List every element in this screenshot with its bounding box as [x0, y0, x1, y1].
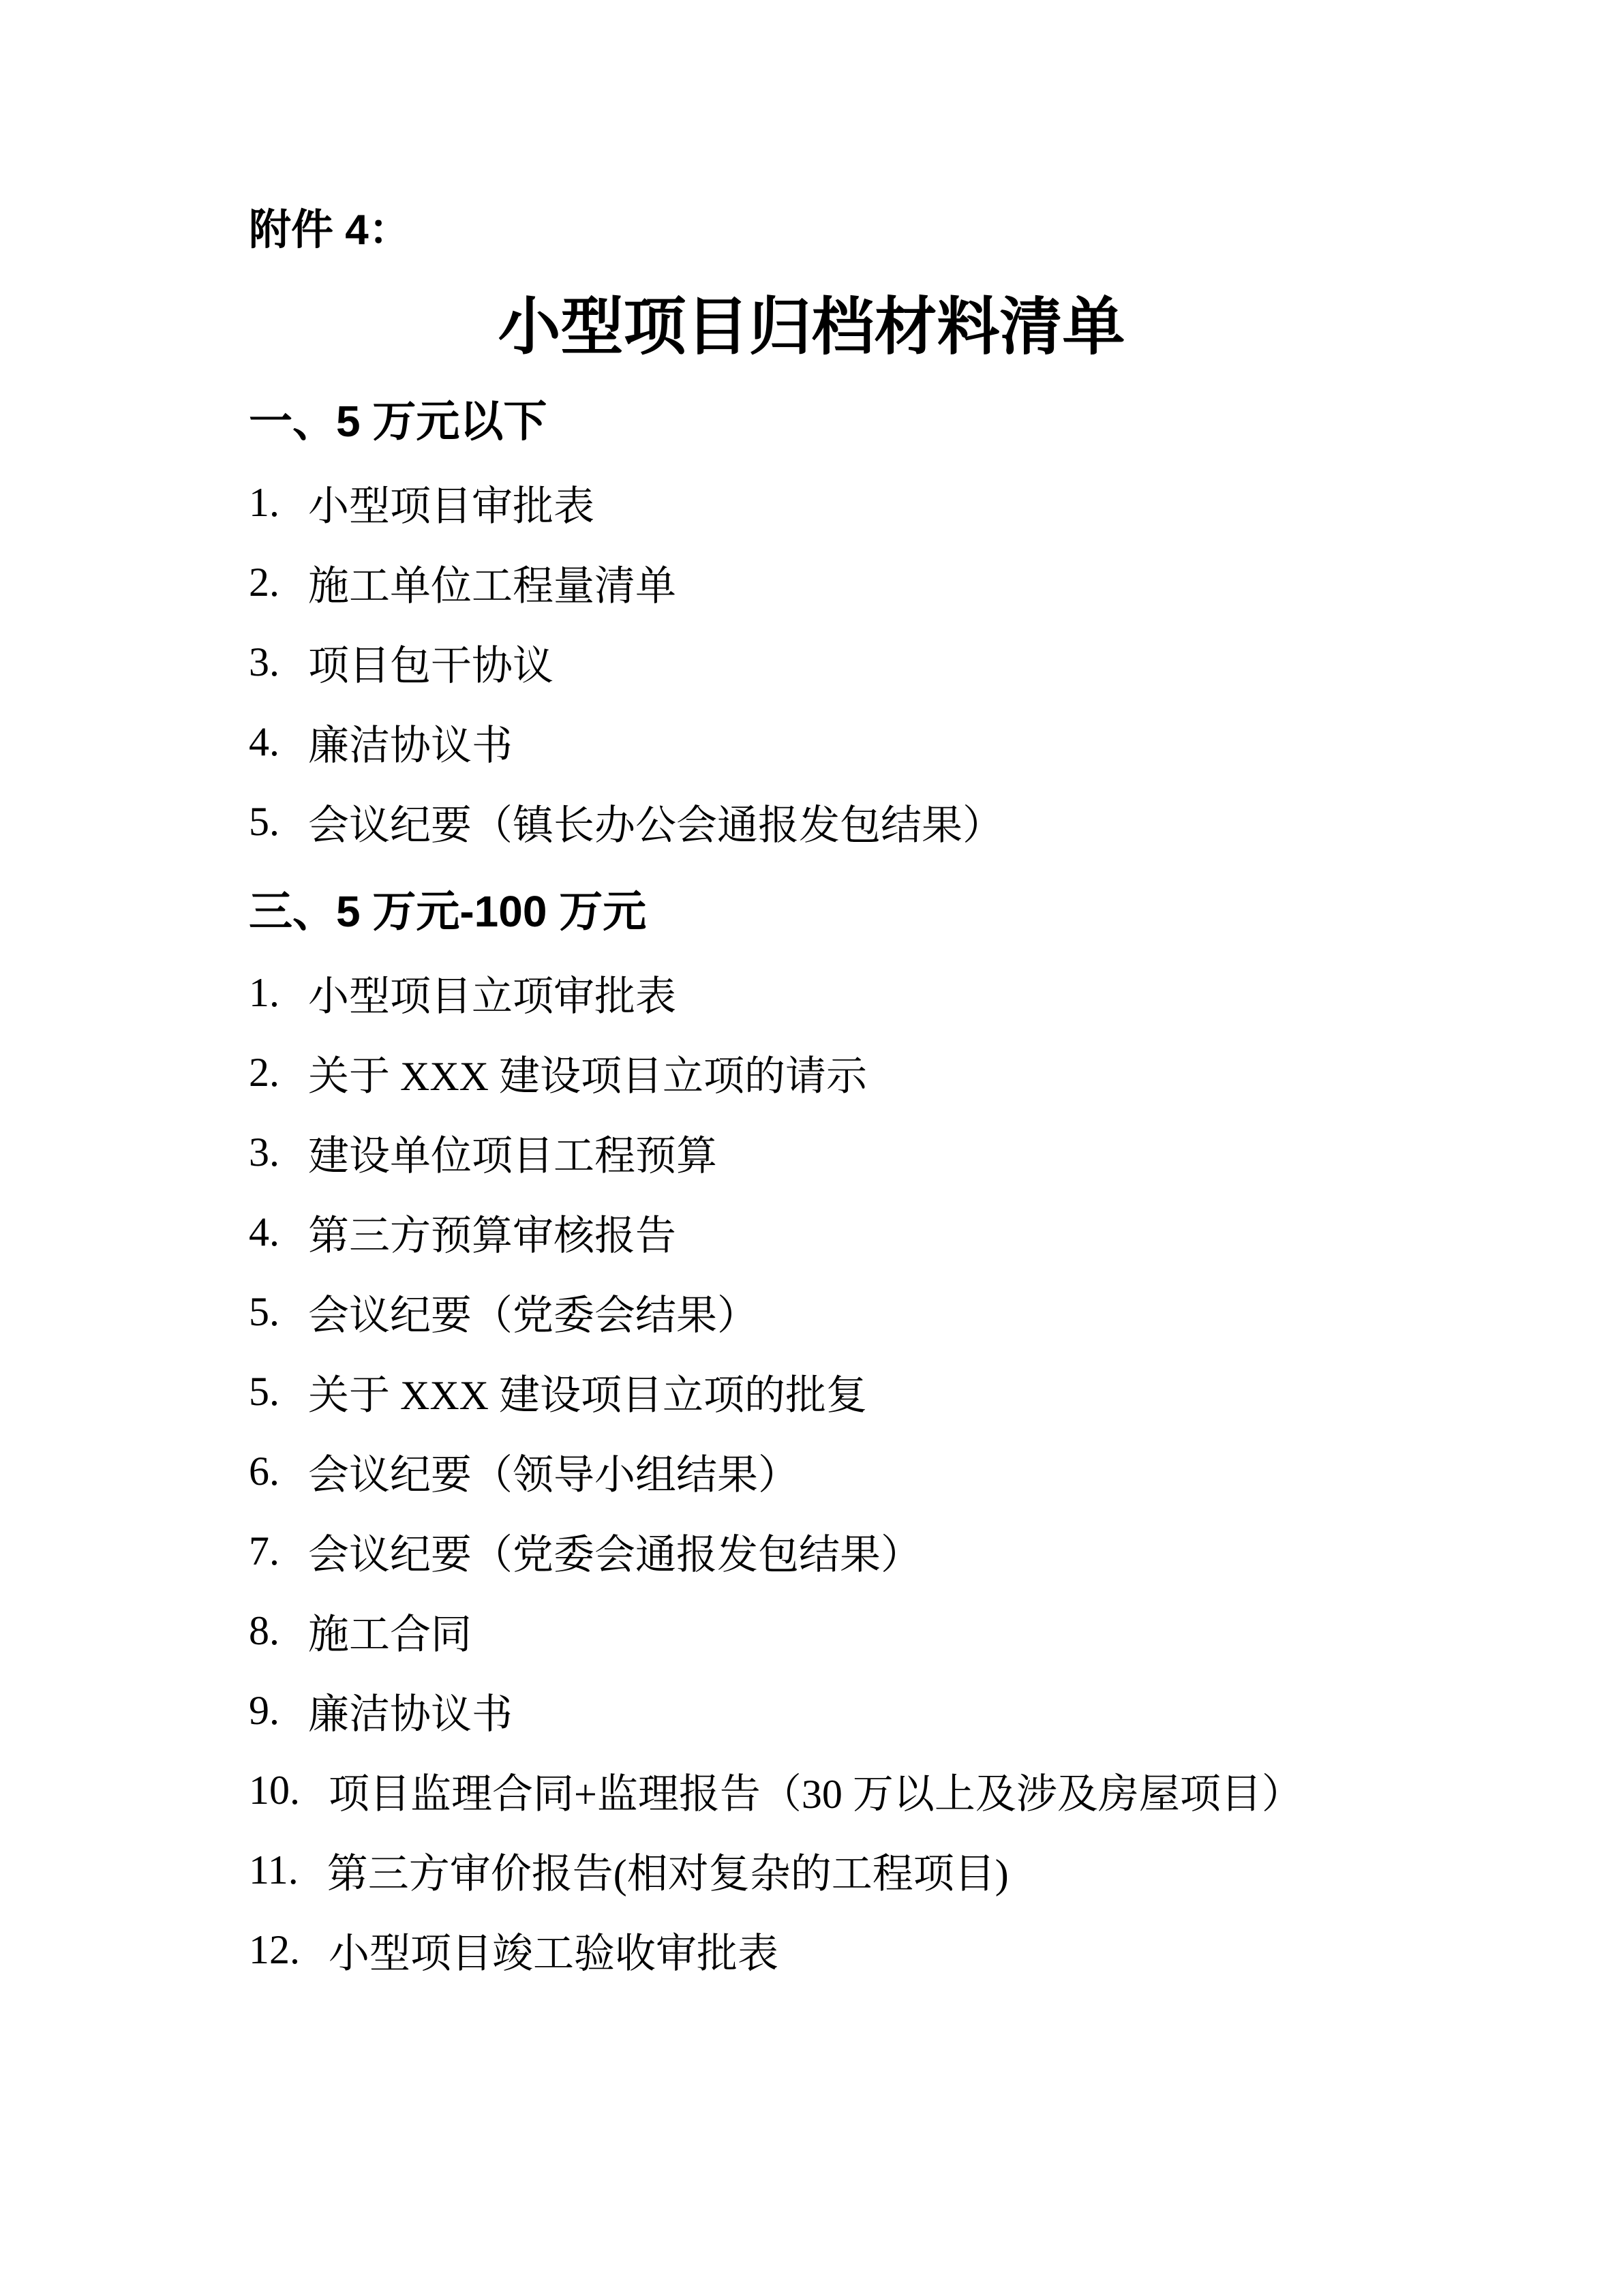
item-text: 项目监理合同+监理报告（30 万以上及涉及房屋项目） [329, 1762, 1303, 1820]
page-title: 小型项目归档材料清单 [249, 283, 1374, 372]
item-number: 4. [249, 1209, 279, 1256]
item-number: 10. [249, 1767, 300, 1814]
item-text: 施工合同 [308, 1602, 472, 1661]
list-item: 3.建设单位项目工程预算 [249, 1113, 1374, 1192]
item-number: 12. [249, 1927, 300, 1974]
item-number: 5. [249, 1368, 279, 1415]
item-text: 小型项目立项审批表 [308, 964, 676, 1023]
item-number: 4. [249, 719, 279, 766]
item-number: 6. [249, 1448, 279, 1495]
list-item: 2.关于 XXX 建设项目立项的请示 [249, 1033, 1374, 1113]
item-text: 第三方预算审核报告 [308, 1203, 676, 1262]
item-number: 9. [249, 1687, 279, 1734]
item-number: 11. [249, 1847, 299, 1894]
item-text: 项目包干协议 [308, 633, 553, 692]
list-item: 4.第三方预算审核报告 [249, 1192, 1374, 1272]
list-item: 9.廉洁协议书 [249, 1671, 1374, 1751]
list-item: 3.项目包干协议 [249, 622, 1374, 702]
list-item: 5.会议纪要（党委会结果） [249, 1272, 1374, 1352]
list-item: 1.小型项目审批表 [249, 463, 1374, 543]
list-item: 7.会议纪要（党委会通报发包结果） [249, 1511, 1374, 1591]
item-number: 7. [249, 1528, 279, 1575]
item-text: 建设单位项目工程预算 [308, 1123, 717, 1182]
item-number: 2. [249, 559, 279, 606]
list-item: 12.小型项目竣工验收审批表 [249, 1910, 1374, 1990]
list-item: 10.项目监理合同+监理报告（30 万以上及涉及房屋项目） [249, 1751, 1374, 1830]
item-text: 会议纪要（领导小组结果） [308, 1442, 799, 1501]
item-text: 关于 XXX 建设项目立项的批复 [308, 1363, 867, 1421]
item-text: 廉洁协议书 [308, 1682, 513, 1740]
list-item: 11.第三方审价报告(相对复杂的工程项目) [249, 1830, 1374, 1910]
list-item: 6.会议纪要（领导小组结果） [249, 1432, 1374, 1511]
item-number: 1. [249, 969, 279, 1016]
list-item: 5.会议纪要（镇长办公会通报发包结果） [249, 782, 1374, 862]
item-number: 3. [249, 1129, 279, 1176]
item-number: 2. [249, 1049, 279, 1096]
document-page: 附件 4： 小型项目归档材料清单 一、5 万元以下1.小型项目审批表2.施工单位… [0, 0, 1623, 2296]
list-item: 8.施工合同 [249, 1591, 1374, 1671]
item-text: 关于 XXX 建设项目立项的请示 [308, 1044, 867, 1102]
item-number: 5. [249, 1288, 279, 1335]
item-number: 3. [249, 639, 279, 686]
item-number: 1. [249, 479, 279, 526]
item-text: 小型项目审批表 [308, 474, 594, 532]
item-text: 会议纪要（镇长办公会通报发包结果） [308, 793, 1003, 851]
document-body: 一、5 万元以下1.小型项目审批表2.施工单位工程量清单3.项目包干协议4.廉洁… [249, 392, 1374, 1990]
section-heading: 三、5 万元-100 万元 [249, 882, 1374, 941]
item-number: 5. [249, 798, 279, 845]
item-text: 会议纪要（党委会通报发包结果） [308, 1522, 922, 1581]
item-text: 施工单位工程量清单 [308, 554, 676, 612]
item-number: 8. [249, 1607, 279, 1655]
item-text: 小型项目竣工验收审批表 [329, 1921, 778, 1980]
attachment-label: 附件 4： [249, 201, 1374, 259]
item-text: 会议纪要（党委会结果） [308, 1283, 758, 1342]
item-text: 第三方审价报告(相对复杂的工程项目) [327, 1841, 1009, 1900]
list-item: 4.廉洁协议书 [249, 702, 1374, 782]
list-item: 1.小型项目立项审批表 [249, 953, 1374, 1033]
section-heading: 一、5 万元以下 [249, 392, 1374, 451]
item-text: 廉洁协议书 [308, 713, 513, 772]
list-item: 5.关于 XXX 建设项目立项的批复 [249, 1352, 1374, 1432]
list-item: 2.施工单位工程量清单 [249, 543, 1374, 622]
